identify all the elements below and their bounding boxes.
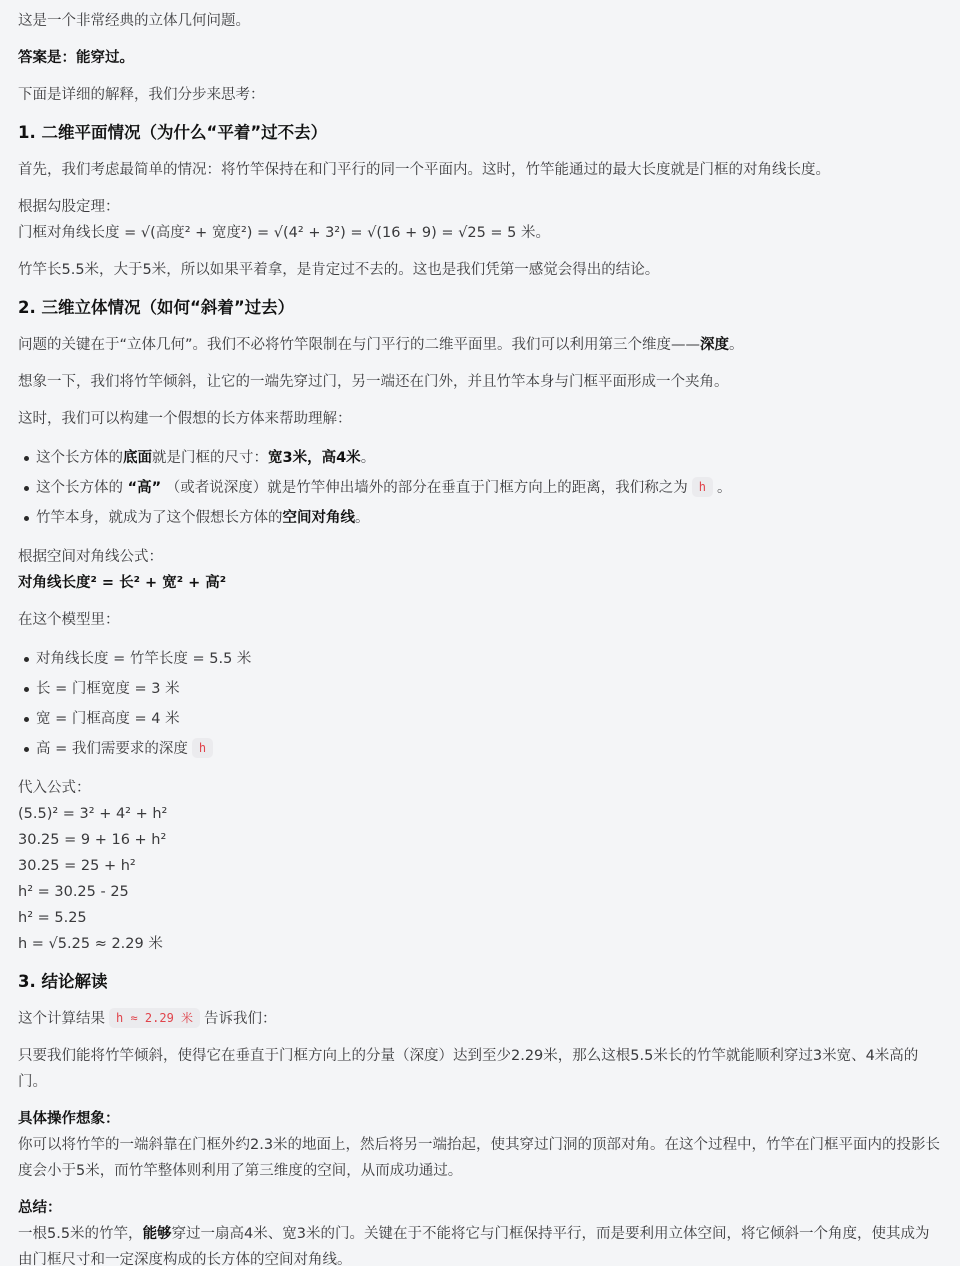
list-item: 宽 = 门框高度 = 4 米: [18, 704, 942, 734]
section-1-paragraph: 首先，我们考虑最简单的情况：将竹竿保持在和门平行的同一个平面内。这时，竹竿能通过…: [18, 157, 942, 183]
section-2-imagine-paragraph: 想象一下，我们将竹竿倾斜，让它的一端先穿过门，另一端还在门外，并且竹竿本身与门框…: [18, 369, 942, 395]
text: 问题的关键在于“立体几何”。我们不必将竹竿限制在与门平行的二维平面里。我们可以利…: [18, 337, 700, 353]
text: 这个长方体的: [36, 480, 128, 496]
diagonal-formula: 门框对角线长度 = √(高度² + 宽度²) = √(4² + 3²) = √(…: [18, 220, 942, 246]
section-3-heading: 3. 结论解读: [18, 969, 942, 995]
calc-step: 30.25 = 25 + h²: [18, 853, 942, 879]
calc-step: h = √5.25 ≈ 2.29 米: [18, 931, 942, 957]
model-bullets: 对角线长度 = 竹竿长度 = 5.5 米 长 = 门框宽度 = 3 米 宽 = …: [18, 644, 942, 764]
space-diagonal-block: 根据空间对角线公式： 对角线长度² = 长² + 宽² + 高²: [18, 544, 942, 596]
bold-depth: 深度: [700, 337, 729, 353]
calc-step: 30.25 = 9 + 16 + h²: [18, 827, 942, 853]
summary-text: 一根5.5米的竹竿，能够穿过一扇高4米、宽3米的门。关键在于不能将它与门框保持平…: [18, 1221, 942, 1266]
bold-text: 能够: [143, 1226, 172, 1242]
section-2-build-paragraph: 这时，我们可以构建一个假想的长方体来帮助理解：: [18, 406, 942, 432]
bold-text: 底面: [123, 450, 152, 466]
text: 长 = 门框宽度 = 3 米: [36, 681, 180, 697]
lead-text: 下面是详细的解释，我们分步来思考：: [18, 82, 942, 108]
text: 就是门框的尺寸：: [152, 450, 268, 466]
pythagoras-block: 根据勾股定理： 门框对角线长度 = √(高度² + 宽度²) = √(4² + …: [18, 194, 942, 246]
summary-label: 总结：: [18, 1195, 942, 1221]
model-label: 在这个模型里：: [18, 607, 942, 633]
text: （或者说深度）就是竹竿伸出墙外的部分在垂直于门框方向上的距离，我们称之为: [161, 480, 688, 496]
formula-label: 根据空间对角线公式：: [18, 544, 942, 570]
space-diagonal-formula: 对角线长度² = 长² + 宽² + 高²: [18, 570, 942, 596]
text: 。: [361, 450, 376, 466]
text: 告诉我们：: [204, 1011, 277, 1027]
section-1-conclusion: 竹竿长5.5米，大于5米，所以如果平着拿，是肯定过不去的。这也是我们凭第一感觉会…: [18, 257, 942, 283]
section-2-key-paragraph: 问题的关键在于“立体几何”。我们不必将竹竿限制在与门平行的二维平面里。我们可以利…: [18, 332, 942, 358]
text: 宽 = 门框高度 = 4 米: [36, 711, 180, 727]
list-item: 对角线长度 = 竹竿长度 = 5.5 米: [18, 644, 942, 674]
operation-block: 具体操作想象： 你可以将竹竿的一端斜靠在门框外约2.3米的地面上，然后将另一端抬…: [18, 1106, 942, 1184]
section-1-heading: 1. 二维平面情况（为什么“平着”过不去）: [18, 120, 942, 146]
calc-step: (5.5)² = 3² + 4² + h²: [18, 801, 942, 827]
text: 这个长方体的: [36, 450, 123, 466]
explanation-paragraph: 只要我们能将竹竿倾斜，使得它在垂直于门框方向上的分量（深度）达到至少2.29米，…: [18, 1043, 942, 1095]
calc-step: h² = 30.25 - 25: [18, 879, 942, 905]
list-item: 这个长方体的底面就是门框的尺寸：宽3米，高4米。: [18, 443, 942, 473]
operation-text: 你可以将竹竿的一端斜靠在门框外约2.3米的地面上，然后将另一端抬起，使其穿过门洞…: [18, 1132, 942, 1184]
list-item: 竹竿本身，就成为了这个假想长方体的空间对角线。: [18, 503, 942, 533]
text: 。: [729, 337, 744, 353]
inline-code-h: h: [192, 738, 213, 758]
text: 一根5.5米的竹竿，: [18, 1226, 143, 1242]
bold-text: 空间对角线: [283, 510, 356, 526]
text: 这个计算结果: [18, 1011, 105, 1027]
bold-text: “高”: [128, 480, 162, 496]
list-item: 这个长方体的 “高” （或者说深度）就是竹竿伸出墙外的部分在垂直于门框方向上的距…: [18, 473, 942, 503]
list-item: 长 = 门框宽度 = 3 米: [18, 674, 942, 704]
text: 竹竿本身，就成为了这个假想长方体的: [36, 510, 283, 526]
inline-code-h: h: [692, 477, 713, 497]
theorem-label: 根据勾股定理：: [18, 194, 942, 220]
answer-document: 这是一个非常经典的立体几何问题。 答案是：能穿过。 下面是详细的解释，我们分步来…: [0, 0, 960, 1266]
intro-text: 这是一个非常经典的立体几何问题。: [18, 8, 942, 34]
text: 对角线长度 = 竹竿长度 = 5.5 米: [36, 651, 251, 667]
section-2-heading: 2. 三维立体情况（如何“斜着”过去）: [18, 295, 942, 321]
text: 高 = 我们需要求的深度: [36, 741, 188, 757]
inline-code-result: h ≈ 2.29 米: [109, 1008, 200, 1028]
operation-label: 具体操作想象：: [18, 1106, 942, 1132]
bold-text: 宽3米，高4米: [268, 450, 361, 466]
cuboid-bullets: 这个长方体的底面就是门框的尺寸：宽3米，高4米。 这个长方体的 “高” （或者说…: [18, 443, 942, 533]
calc-step: h² = 5.25: [18, 905, 942, 931]
text: 。: [355, 510, 370, 526]
list-item: 高 = 我们需要求的深度h: [18, 734, 942, 764]
substitute-label: 代入公式：: [18, 775, 942, 801]
calculation-steps: 代入公式： (5.5)² = 3² + 4² + h² 30.25 = 9 + …: [18, 775, 942, 957]
result-paragraph: 这个计算结果h ≈ 2.29 米告诉我们：: [18, 1006, 942, 1032]
summary-block: 总结： 一根5.5米的竹竿，能够穿过一扇高4米、宽3米的门。关键在于不能将它与门…: [18, 1195, 942, 1266]
answer-statement: 答案是：能穿过。: [18, 45, 942, 71]
text: 。: [717, 480, 732, 496]
